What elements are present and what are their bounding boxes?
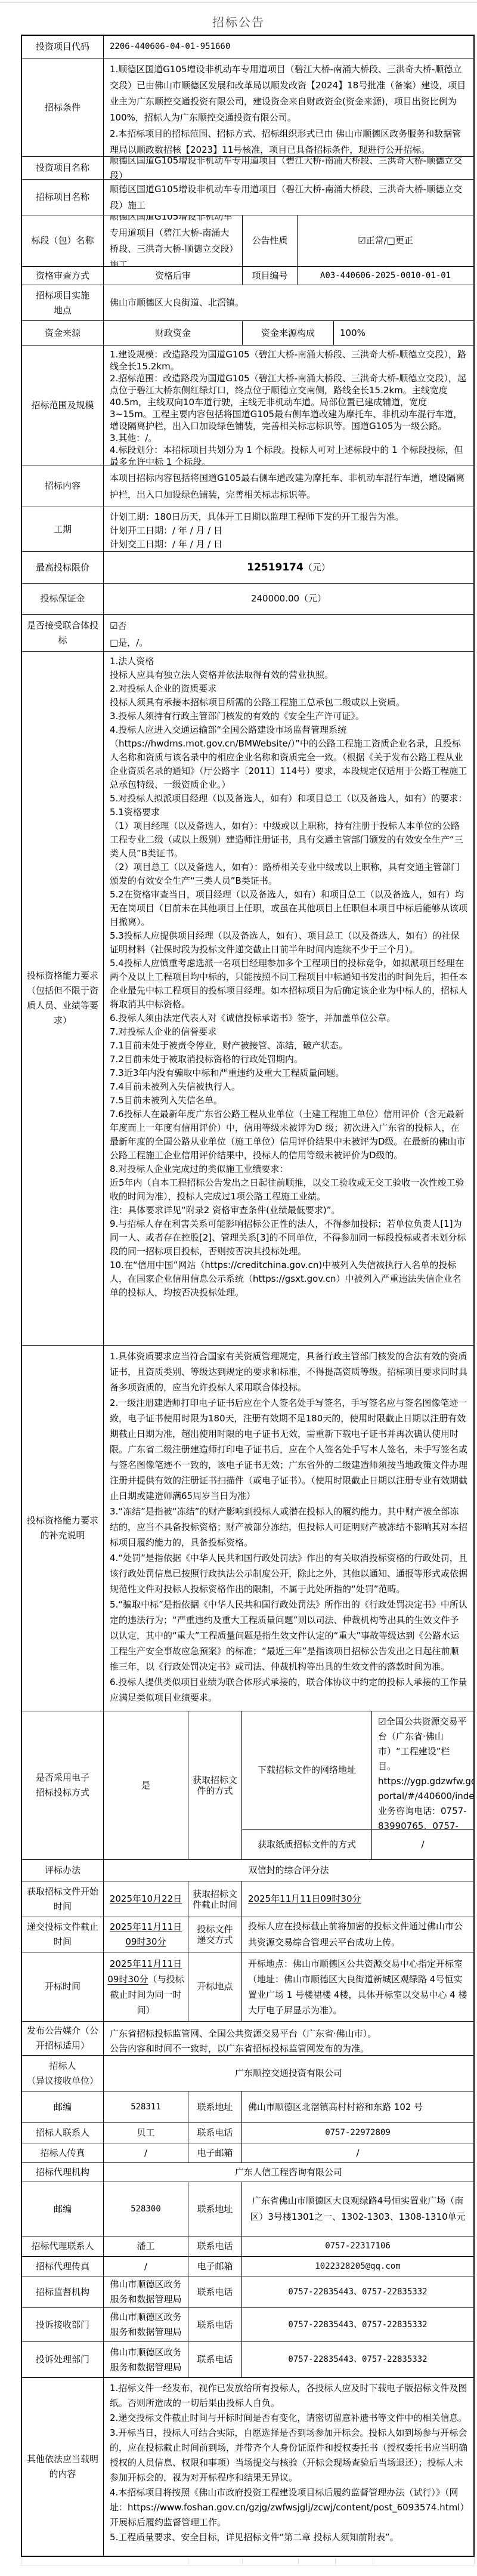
electronic-bidding-label: 是否采用电子招标投标方式 (22, 1711, 104, 1859)
agency-contact-value: 潘工 (104, 2236, 188, 2256)
tender-conditions-value: 1.顺德区国道G105增设非机动车专用道项目（碧江大桥-南涌大桥段、三洪奇大桥-… (104, 58, 473, 156)
row-consortium: 是否接受联合体投标 ☑否□是，/。 (22, 615, 473, 652)
row-investment-name: 投资项目名称 顺德区国道G105增设非机动车专用道项目（碧江大桥-南涌大桥段、三… (22, 157, 473, 180)
tenderer-email-label: 电子邮箱 (188, 2143, 242, 2162)
agency-fax-value: / (104, 2257, 188, 2276)
row-qualification-requirements: 投标资格能力要求（包括但不限于资质人员、业绩等要求） 1.法人资格投标人应具有独… (22, 652, 473, 1346)
row-other-content: 其他依法应当载明的内容 1.招标文件一经发布，视作已发放给所有投标人，各投标人应… (22, 2378, 473, 2556)
schedule-label: 工期 (22, 507, 104, 551)
submission-way-value: 投标人应在投标截止前将加密的投标文件通过佛山市公共资源交易综合管理云平台成功上传… (242, 1917, 473, 1952)
row-section-package: 标段（包）名称 顺德区国道G105增设非机动车专用道项目（碧江大桥-南涌大桥段、… (22, 215, 473, 267)
submission-deadline-value: 2025年11月11日09时30分 (104, 1917, 188, 1952)
evaluation-method-value: 双信封的综合评分法 (104, 1860, 473, 1881)
consortium-checkbox-group: ☑否□是，/。 (104, 615, 473, 651)
funding-composition-label: 资金来源构成 (243, 321, 334, 345)
complaint-receive-tel-value: 0757-22835443、0757-22835332 (242, 2308, 473, 2341)
tender-content-label: 招标内容 (22, 465, 104, 507)
supplementary-notes-label: 投标资格能力要求的补充说明 (22, 1346, 104, 1711)
consortium-label: 是否接受联合体投标 (22, 615, 104, 651)
ghost-tick (335, 2557, 336, 2565)
tenderer-tel-label: 联系电话 (188, 2123, 242, 2143)
row-agency-fax: 招标代理传真 / 电子邮箱 1022328205@qq.com (22, 2257, 473, 2276)
investment-code-value: 2206-440606-04-01-951660 (104, 36, 473, 58)
qualification-requirements-label: 投标资格能力要求（包括但不限于资质人员、业绩等要求） (22, 652, 104, 1345)
submission-deadline-label: 递交投标文件截止时间 (22, 1917, 104, 1952)
row-tenderer-postcode: 邮编 528311 联系地址 佛山市顺德区北滘镇高村村裕和东路 102 号 (22, 2091, 473, 2123)
row-complaint-handle: 投诉处理部门 佛山市顺德区政务服务和数据管理局 联系电话 0757-228354… (22, 2342, 473, 2378)
investment-name-label: 投资项目名称 (22, 157, 104, 179)
complaint-receive-tel-label: 联系电话 (188, 2308, 242, 2341)
bid-opening-place-label: 开标地点 (188, 1952, 242, 2021)
row-complaint-receive: 投诉接收部门 佛山市顺德区政务服务和数据管理局 联系电话 0757-228354… (22, 2308, 473, 2342)
agency-email-label: 电子邮箱 (188, 2257, 242, 2276)
location-label: 招标项目实施地点 (22, 285, 104, 320)
row-tenderer-fax: 招标人传真 / 电子邮箱 / (22, 2143, 473, 2163)
location-value: 佛山市顺德区大良街道、北滘镇。 (104, 285, 473, 320)
row-supplementary-notes: 投标资格能力要求的补充说明 1.具体资质要求应当符合国家有关资质管理规定，具备行… (22, 1346, 473, 1711)
project-number-value: A03-440606-2025-0010-01-01 (298, 267, 473, 285)
row-location: 招标项目实施地点 佛山市顺德区大良街道、北滘镇。 (22, 285, 473, 321)
row-bid-opening: 开标时间 2025年11月11日09时30分（与投标截止时间为同一时间） 开标地… (22, 1952, 473, 2022)
agency-tel-value: 0757-22317106 (242, 2236, 473, 2256)
doc-obtain-method-label: 获取招标文件的方式 (188, 1711, 242, 1859)
ghost-tick (474, 2557, 475, 2565)
page-top-divider (0, 2, 477, 3)
notice-nature-label: 公告性质 (243, 215, 298, 266)
paper-doc-value: / (372, 1830, 473, 1859)
bid-opening-place-value: 开标地点：佛山市顺德区公共资源交易中心指定开标室（地址：佛山市顺德区大良街道新城… (242, 1952, 473, 2021)
bid-opening-time-label: 开标时间 (22, 1952, 104, 2021)
complaint-handle-label: 投诉处理部门 (22, 2342, 104, 2377)
agency-contact-label: 招标代理联系人 (22, 2236, 104, 2256)
tender-announcement-table: 投资项目代码 2206-440606-04-01-951660 招标条件 1.顺… (21, 35, 475, 2557)
ghost-line (21, 2565, 475, 2566)
bid-opening-time-value: 2025年11月11日09时30分（与投标截止时间为同一时间） (104, 1952, 188, 2021)
tenderer-contact-label: 招标人联系人 (22, 2123, 104, 2143)
tenderer-value: 广东顺控交通投资有限公司 (104, 2056, 473, 2091)
agency-fax-label: 招标代理传真 (22, 2257, 104, 2276)
project-number-label: 项目编号 (243, 267, 298, 285)
price-limit-value: 12519174（元） (104, 552, 473, 583)
section-package-label: 标段（包）名称 (22, 215, 104, 266)
tenderer-address-value: 佛山市顺德区北滘镇高村村裕和东路 102 号 (242, 2091, 473, 2122)
supervisor-value: 佛山市顺德区政务服务和数据管理局 (104, 2276, 188, 2307)
doc-obtain-start-value: 2025年10月22日 (104, 1881, 188, 1917)
supervisor-label: 招标监督机构 (22, 2276, 104, 2307)
tenderer-address-label: 联系地址 (188, 2091, 242, 2122)
download-address-value: ☑全国公共资源交易平台（广东省·佛山市）“工程建设”栏目。https://ygp… (372, 1711, 473, 1829)
scope-value: 1.建设规模：改造路段为国道G105（碧江大桥-南涌大桥段、三洪奇大桥-顺德立交… (104, 345, 473, 465)
tenderer-email-value: / (242, 2143, 473, 2162)
tenderer-label: 招标人（异议接收单位） (22, 2056, 104, 2091)
complaint-receive-value: 佛山市顺德区政务服务和数据管理局 (104, 2308, 188, 2341)
row-tender-conditions: 招标条件 1.顺德区国道G105增设非机动车专用道项目（碧江大桥-南涌大桥段、三… (22, 58, 473, 157)
ghost-tick (298, 2557, 299, 2565)
row-evaluation-method: 评标办法 双信封的综合评分法 (22, 1860, 473, 1881)
supervisor-tel-value: 0757-22835443、0757-22835332 (242, 2276, 473, 2307)
investment-code-label: 投资项目代码 (22, 36, 104, 58)
price-limit-label: 最高投标限价 (22, 552, 104, 583)
doc-obtain-start-label: 获取招标文件开始时间 (22, 1881, 104, 1917)
investment-name-value: 顺德区国道G105增设非机动车专用道项目（碧江大桥-南涌大桥段、三洪奇大桥-顺德… (104, 157, 473, 179)
tenderer-postcode-label: 邮编 (22, 2091, 104, 2122)
row-scope: 招标范围及规模 1.建设规模：改造路段为国道G105（碧江大桥-南涌大桥段、三洪… (22, 345, 473, 465)
ghost-tick (188, 2557, 188, 2565)
doc-obtain-end-label: 获取招标文件截止时间 (188, 1881, 242, 1917)
tender-conditions-label: 招标条件 (22, 58, 104, 156)
tender-content-value: 本项目招标内容包括将国道G105最右侧车道改建为摩托车、非机动车混行车道，增设隔… (104, 465, 473, 507)
doc-obtain-end-value: 2025年11月11日09时30分 (242, 1881, 473, 1917)
ghost-tick (21, 2557, 21, 2565)
notice-nature-checkbox: ☑正常/□更正 (298, 215, 473, 266)
complaint-handle-tel-label: 联系电话 (188, 2342, 242, 2377)
row-project-name: 招标项目名称 顺德区国道G105增设非机动车专用道项目（碧江大桥-南涌大桥段、三… (22, 180, 473, 215)
complaint-handle-tel-value: 0757-22835443、0757-22835332 (242, 2342, 473, 2377)
complaint-handle-value: 佛山市顺德区政务服务和数据管理局 (104, 2342, 188, 2377)
supervisor-tel-label: 联系电话 (188, 2276, 242, 2307)
tenderer-fax-value: / (104, 2143, 188, 2162)
funding-value: 财政资金 (104, 321, 243, 345)
row-submission-deadline: 递交投标文件截止时间 2025年11月11日09时30分 投标文件递交方式 投标… (22, 1917, 473, 1952)
table-next-row-remnant (21, 2557, 475, 2566)
other-content-value: 1.招标文件一经发布，视作已发放给所有投标人，各投标人应及时下载电子版招标文件及… (104, 2378, 473, 2556)
tenderer-fax-label: 招标人传真 (22, 2143, 104, 2162)
section-package-value: 顺德区国道G105增设非机动车专用道项目（碧江大桥-南涌大桥段、三洪奇大桥-顺德… (104, 215, 243, 266)
agency-address-label: 联系地址 (188, 2182, 242, 2236)
page-title: 招标公告 (0, 13, 477, 30)
price-limit-unit: （元） (303, 562, 330, 573)
announcement-media-label: 发布公告媒介（公开招标适用） (22, 2022, 104, 2055)
row-tenderer: 招标人（异议接收单位） 广东顺控交通投资有限公司 (22, 2056, 473, 2091)
agency-address-value: 广东省佛山市顺德区大良观绿路4号恒实置业广场（南区）3号楼1301之一、1302… (242, 2182, 473, 2236)
row-agency-contact: 招标代理联系人 潘工 联系电话 0757-22317106 (22, 2236, 473, 2257)
qualification-review-label: 资格审查方式 (22, 267, 104, 285)
complaint-receive-label: 投诉接收部门 (22, 2308, 104, 2341)
agency-email-value: 1022328205@qq.com (242, 2257, 473, 2276)
ghost-tick (242, 2557, 243, 2565)
agency-postcode-value: 528300 (104, 2182, 188, 2236)
row-price-limit: 最高投标限价 12519174（元） (22, 552, 473, 584)
row-agency-postcode: 邮编 528300 联系地址 广东省佛山市顺德区大良观绿路4号恒实置业广场（南区… (22, 2182, 473, 2236)
project-name-label: 招标项目名称 (22, 180, 104, 215)
doc-obtain-method-group: 下载招标文件的网络地址 ☑全国公共资源交易平台（广东省·佛山市）“工程建设”栏目… (242, 1711, 473, 1859)
project-name-value: 顺德区国道G105增设非机动车专用道项目（碧江大桥-南涌大桥段、三洪奇大桥-顺德… (104, 180, 473, 215)
tenderer-tel-value: 0757-22972809 (242, 2123, 473, 2143)
tenderer-postcode-value: 528311 (104, 2091, 188, 2122)
row-announcement-media: 发布公告媒介（公开招标适用） 广东省招标投标监管网、全国公共资源交易平台（广东省… (22, 2022, 473, 2056)
row-electronic-bidding: 是否采用电子招标投标方式 是 获取招标文件的方式 下载招标文件的网络地址 ☑全国… (22, 1711, 473, 1860)
evaluation-method-label: 评标办法 (22, 1860, 104, 1881)
submission-way-label: 投标文件递交方式 (188, 1917, 242, 1952)
electronic-bidding-value: 是 (104, 1711, 188, 1859)
announcement-media-value: 广东省招标投标监管网、全国公共资源交易平台（广东省·佛山市）。公告内容和时间不一… (104, 2022, 473, 2055)
row-supervisor: 招标监督机构 佛山市顺德区政务服务和数据管理局 联系电话 0757-228354… (22, 2276, 473, 2308)
row-agency: 招标代理机构 广东人信工程咨询有限公司 (22, 2163, 473, 2182)
bid-bond-value: 240000.00（元） (104, 584, 473, 614)
tenderer-contact-value: 贝工 (104, 2123, 188, 2143)
agency-value: 广东人信工程咨询有限公司 (104, 2163, 473, 2182)
funding-label: 资金来源 (22, 321, 104, 345)
row-doc-obtain-time: 获取招标文件开始时间 2025年10月22日 获取招标文件截止时间 2025年1… (22, 1881, 473, 1917)
row-tenderer-contact: 招标人联系人 贝工 联系电话 0757-22972809 (22, 2123, 473, 2143)
agency-label: 招标代理机构 (22, 2163, 104, 2182)
paper-doc-label: 获取纸质招标文件的方式 (242, 1830, 372, 1859)
price-limit-amount: 12519174 (247, 562, 303, 573)
row-qualification-review: 资格审查方式 资格后审 项目编号 A03-440606-2025-0010-01… (22, 267, 473, 285)
download-address-label: 下载招标文件的网络地址 (242, 1711, 372, 1829)
agency-tel-label: 联系电话 (188, 2236, 242, 2256)
bid-bond-label: 投标保证金 (22, 584, 104, 614)
row-tender-content: 招标内容 本项目招标内容包括将国道G105最右侧车道改建为摩托车、非机动车混行车… (22, 465, 473, 507)
qualification-requirements-value: 1.法人资格投标人应具有独立法人资格并依法取得有效的营业执照。2.对投标人企业的… (104, 652, 473, 1345)
schedule-value: 计划工期：180日历天，具体开工日期以监理工程师下发的开工报告为准。计划开工日期… (104, 507, 473, 551)
row-funding: 资金来源 财政资金 资金来源构成 100% (22, 321, 473, 345)
row-investment-code: 投资项目代码 2206-440606-04-01-951660 (22, 36, 473, 58)
funding-composition-value: 100% (334, 321, 473, 345)
qualification-review-value: 资格后审 (104, 267, 243, 285)
agency-postcode-label: 邮编 (22, 2182, 104, 2236)
other-content-label: 其他依法应当载明的内容 (22, 2378, 104, 2556)
ghost-tick (373, 2557, 373, 2565)
scope-label: 招标范围及规模 (22, 345, 104, 465)
row-bid-bond: 投标保证金 240000.00（元） (22, 584, 473, 615)
row-schedule: 工期 计划工期：180日历天，具体开工日期以监理工程师下发的开工报告为准。计划开… (22, 507, 473, 552)
supplementary-notes-value: 1.具体资质要求应当符合国家有关资质管理规定，具备行政主管部门核发的合法有效的资… (104, 1346, 473, 1711)
